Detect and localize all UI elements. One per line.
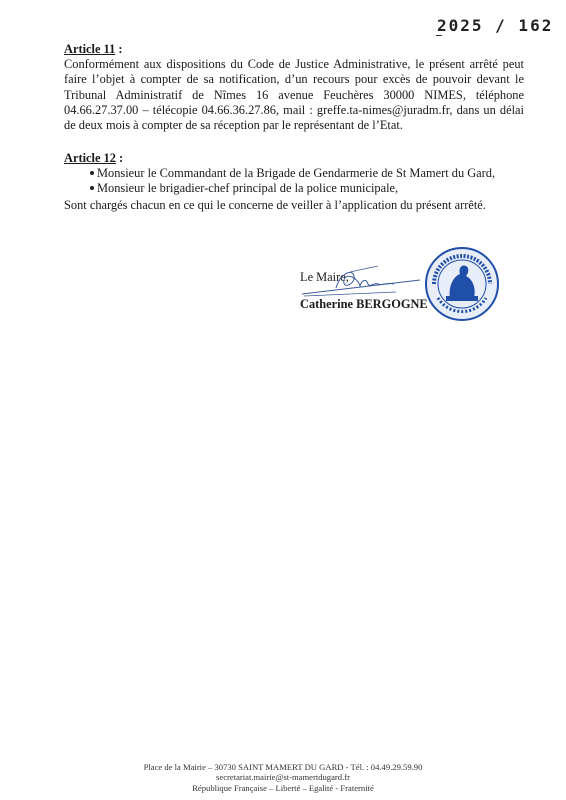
list-item: Monsieur le Commandant de la Brigade de … (90, 166, 524, 181)
handwritten-signature-icon (300, 260, 430, 300)
reference-number: 2025 / 162 (437, 16, 553, 35)
page-footer: Place de la Mairie – 30730 SAINT MAMERT … (0, 762, 566, 793)
article-11-line: Conformément aux dispositions du Code de… (64, 57, 524, 72)
reference-underline-mark (436, 35, 442, 36)
article-12-list: Monsieur le Commandant de la Brigade de … (64, 166, 524, 196)
town-hall-stamp-icon (424, 246, 500, 322)
footer-email: secretariat.mairie@st-mamertdugard.fr (0, 772, 566, 782)
article-11: Article 11 : Conformément aux dispositio… (64, 42, 524, 133)
footer-motto: République Française – Liberté – Egalité… (0, 783, 566, 793)
signatory-name: Catherine BERGOGNE (300, 297, 428, 312)
closing-statement: Sont chargés chacun en ce qui le concern… (64, 198, 544, 213)
article-11-title: Article 11 : (64, 42, 524, 57)
bullet-icon (90, 186, 94, 190)
footer-address: Place de la Mairie – 30730 SAINT MAMERT … (0, 762, 566, 772)
article-11-line: faire l’objet à compter de sa notificati… (64, 72, 524, 87)
article-12: Article 12 : Monsieur le Commandant de l… (64, 151, 524, 197)
article-12-title: Article 12 : (64, 151, 524, 166)
article-11-line: Tribunal Administratif de Nîmes 16 avenu… (64, 88, 524, 103)
article-11-line: 04.66.27.37.00 – télécopie 04.66.36.27.8… (64, 103, 524, 118)
article-11-line: de deux mois à compter de sa réception p… (64, 118, 524, 133)
bullet-icon (90, 171, 94, 175)
list-item: Monsieur le brigadier-chef principal de … (90, 181, 524, 196)
